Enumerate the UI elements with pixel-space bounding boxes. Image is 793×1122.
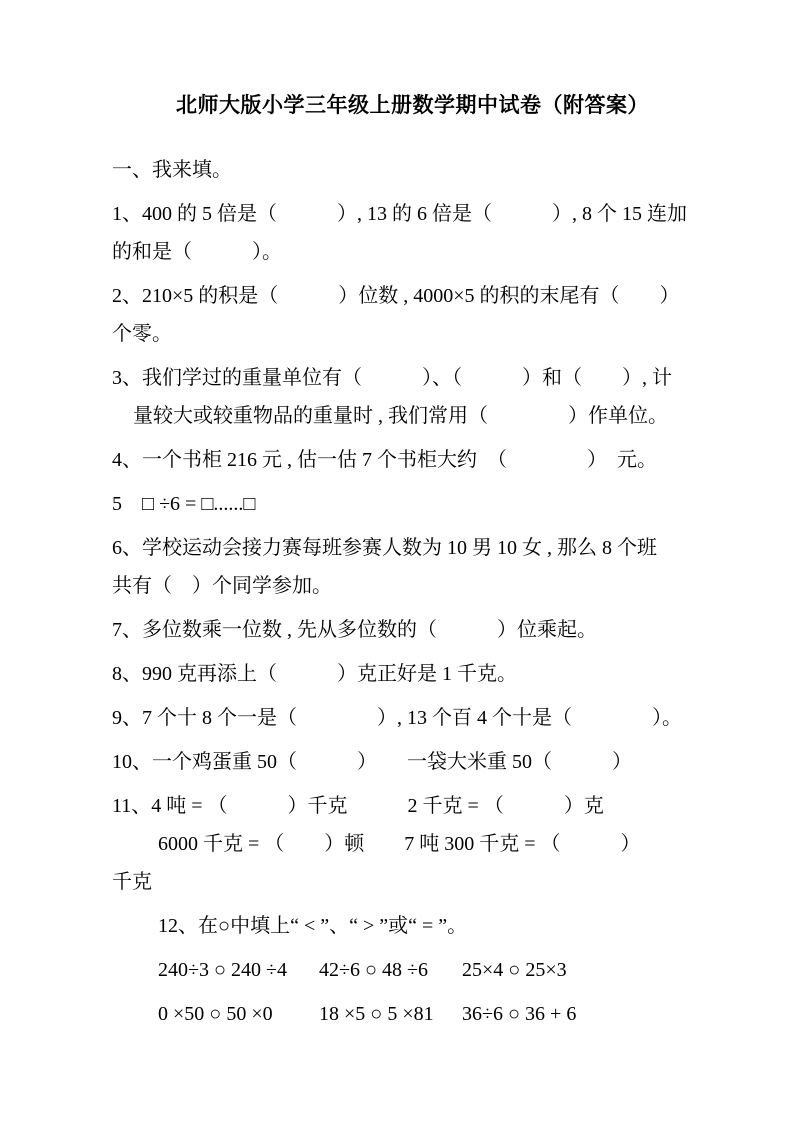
section-heading: 一、我来填。 [112,151,713,189]
question-1-line-1: 1、400 的 5 倍是（ ）, 13 的 6 倍是（ ）, 8 个 15 连加 [112,195,713,233]
compare-row-2: 0 ×50 ○ 50 ×0 18 ×5 ○ 5 ×81 36÷6 ○ 36 + … [112,995,713,1033]
page-title: 北师大版小学三年级上册数学期中试卷（附答案） [112,92,713,118]
question-11-line-2: 6000 千克 = （ ）顿 7 吨 300 千克 = （ ） [112,825,713,863]
compare-expression: 42÷6 ○ 48 ÷6 [319,951,462,989]
question-1-line-2: 的和是（ ）。 [112,233,713,271]
question-6-line-2: 共有（ ）个同学参加。 [112,567,713,605]
compare-expression: 240÷3 ○ 240 ÷4 [158,951,319,989]
question-4-line: 4、一个书柜 216 元 , 估一估 7 个书柜大约 （ ） 元。 [112,441,713,479]
question-3-line-2: 量较大或较重物品的重量时 , 我们常用（ ）作单位。 [112,397,713,435]
question-11-line-3: 千克 [112,863,713,901]
compare-expression: 0 ×50 ○ 50 ×0 [158,995,319,1033]
question-2-line-1: 2、210×5 的积是（ ）位数 , 4000×5 的积的末尾有（ ） [112,277,713,315]
question-7-line: 7、多位数乘一位数 , 先从多位数的（ ）位乘起。 [112,611,713,649]
question-2-line-2: 个零。 [112,315,713,353]
question-12-line: 12、在○中填上“ < ”、“ > ”或“ = ”。 [112,907,713,945]
question-11-line-1: 11、4 吨 = （ ）千克 2 千克 = （ ）克 [112,787,713,825]
compare-expression: 18 ×5 ○ 5 ×81 [319,995,462,1033]
question-10-line: 10、一个鸡蛋重 50（ ） 一袋大米重 50（ ） [112,743,713,781]
question-6-line-1: 6、学校运动会接力赛每班参赛人数为 10 男 10 女 , 那么 8 个班 [112,529,713,567]
compare-expression: 25×4 ○ 25×3 [462,951,567,989]
compare-row-1: 240÷3 ○ 240 ÷4 42÷6 ○ 48 ÷6 25×4 ○ 25×3 [112,951,713,989]
question-9-line: 9、7 个十 8 个一是（ ）, 13 个百 4 个十是（ ）。 [112,699,713,737]
page-content: 北师大版小学三年级上册数学期中试卷（附答案） 一、我来填。 1、400 的 5 … [0,0,793,1033]
exam-document-page: 北师大版小学三年级上册数学期中试卷（附答案） 一、我来填。 1、400 的 5 … [0,0,793,1122]
question-8-line: 8、990 克再添上（ ）克正好是 1 千克。 [112,655,713,693]
compare-expression: 36÷6 ○ 36 + 6 [462,995,576,1033]
question-5-line: 5 □ ÷6 = □......□ [112,485,713,523]
question-3-line-1: 3、我们学过的重量单位有（ ）、（ ）和（ ）, 计 [112,359,713,397]
